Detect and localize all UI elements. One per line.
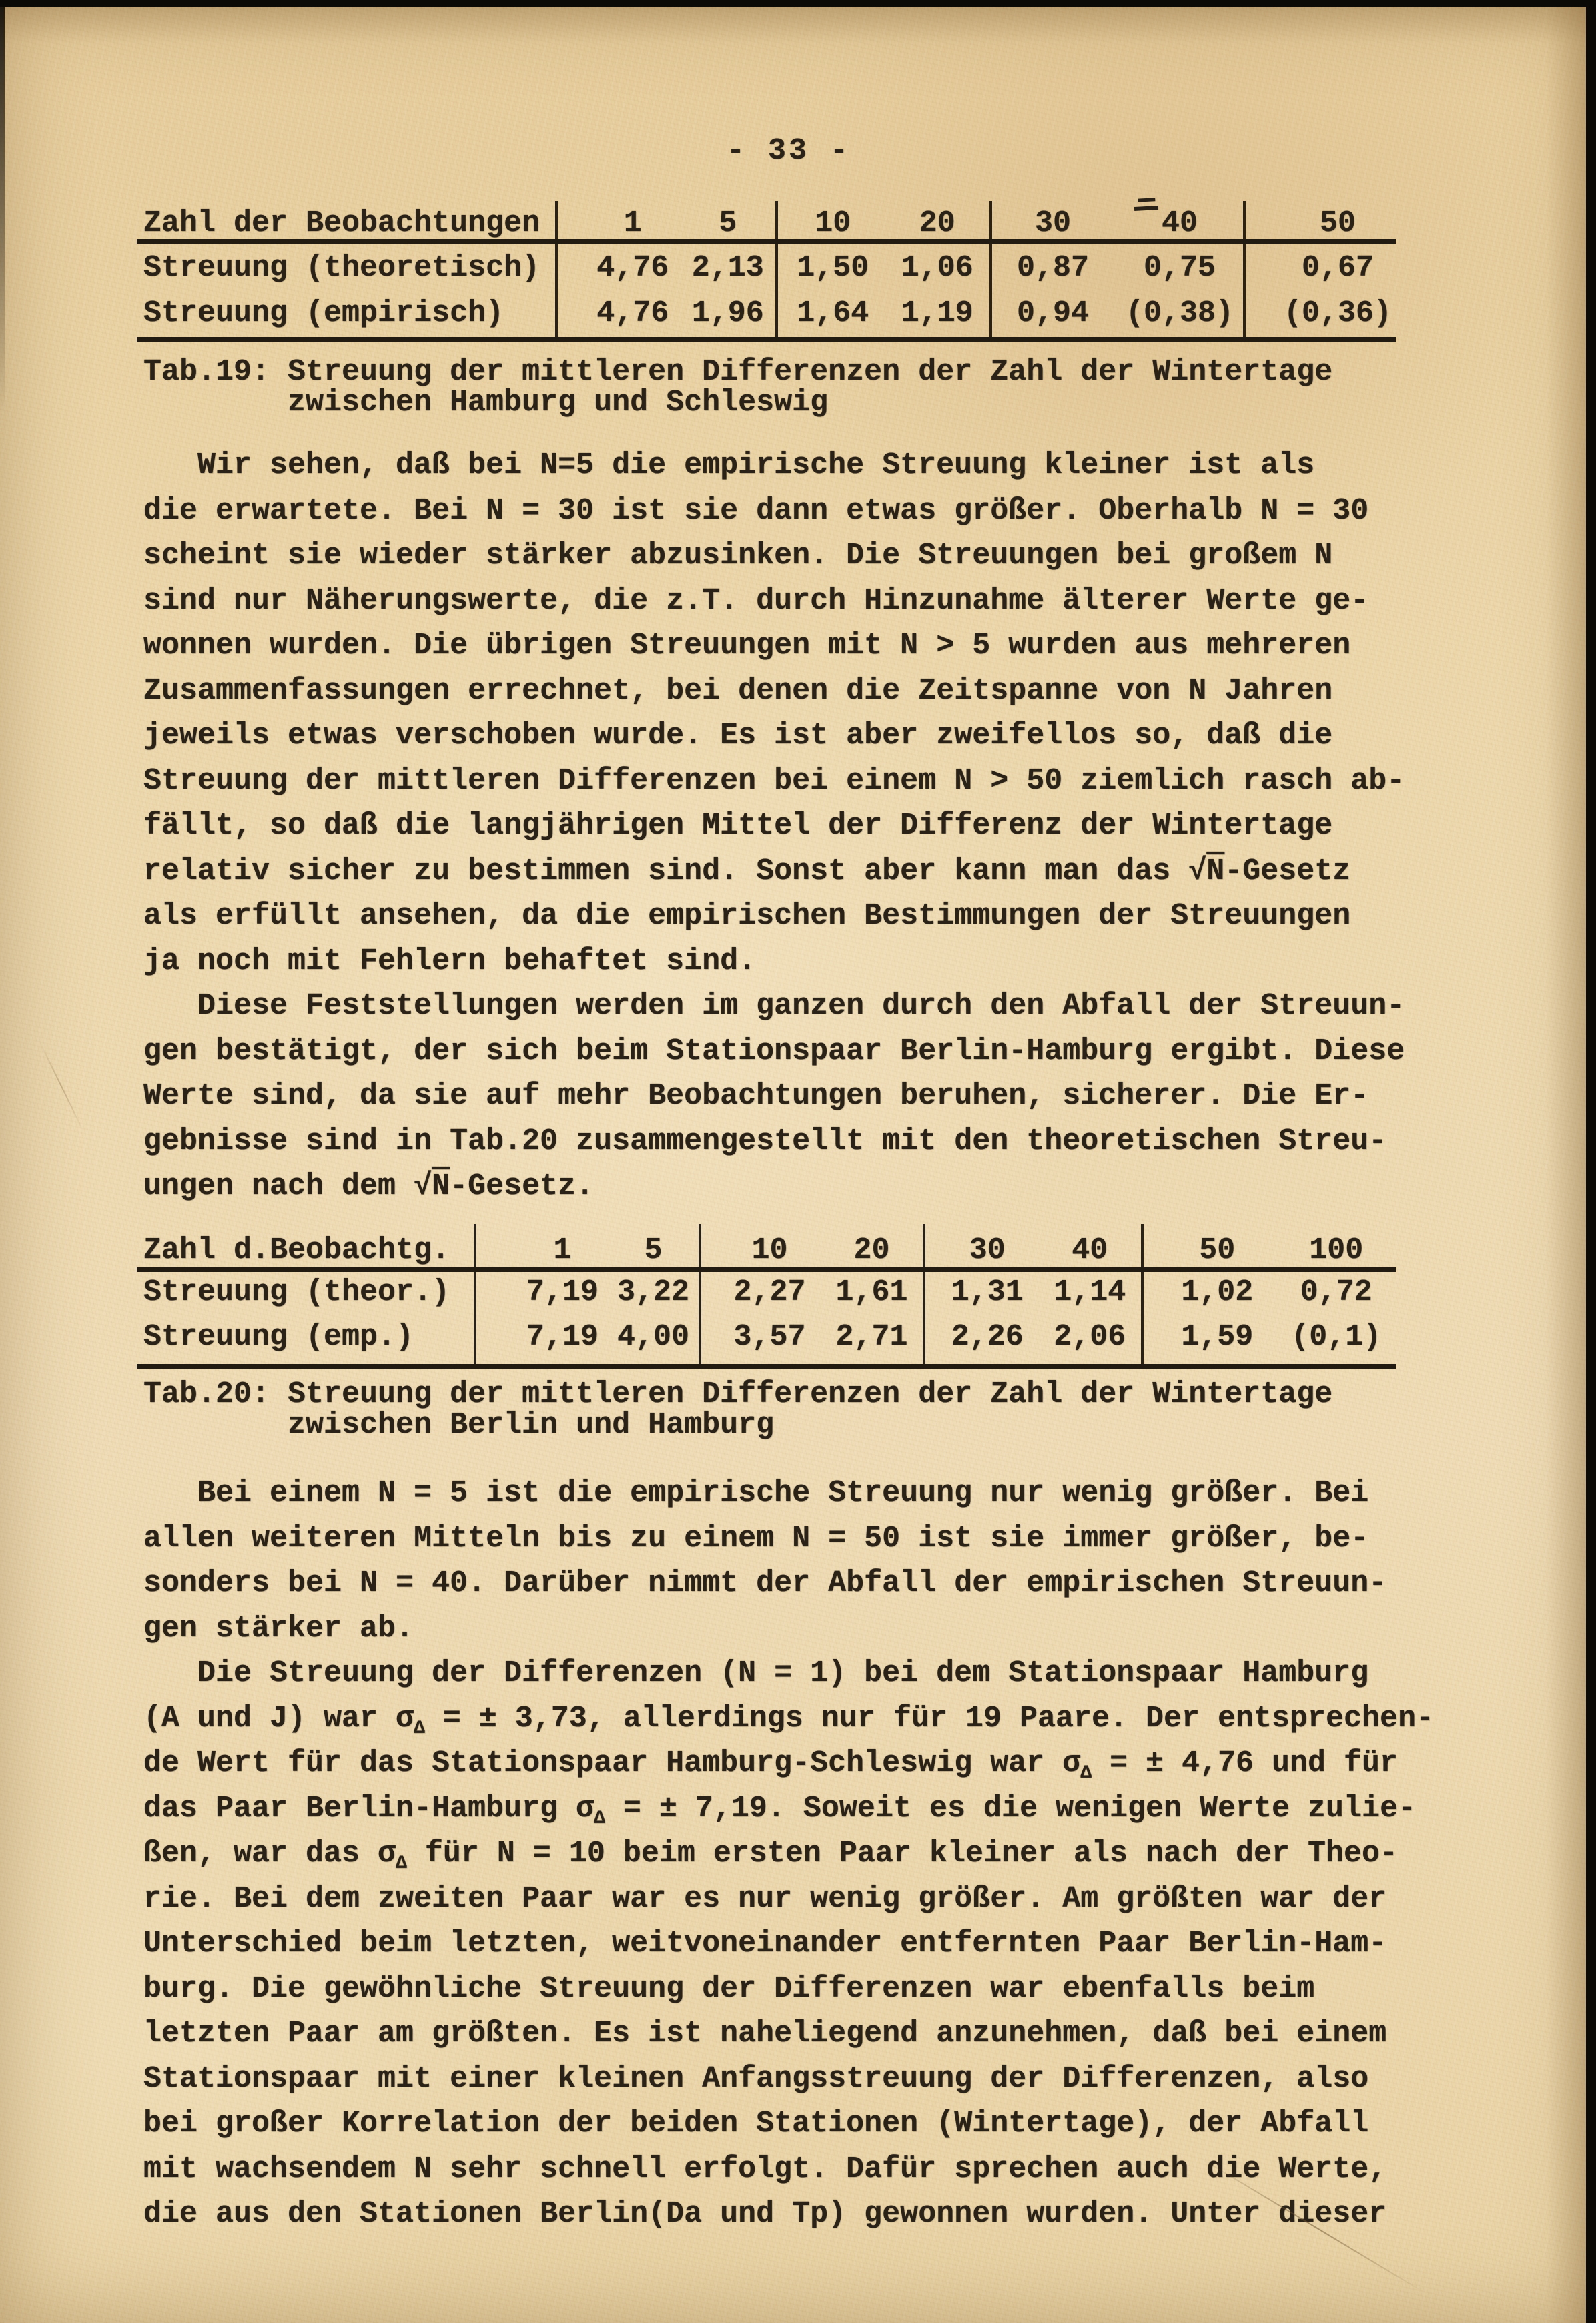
column-group: 1,59(0,1): [1141, 1322, 1396, 1353]
text-line: jeweils etwas verschoben wurde. Es ist a…: [143, 713, 1451, 759]
column-header-cell: 50: [1158, 1235, 1277, 1266]
value-cell: (0,36): [1280, 298, 1396, 329]
text-line: scheint sie wieder stärker abzusinken. D…: [143, 533, 1451, 579]
value-cell: 1,19: [885, 298, 990, 329]
text-line: relativ sicher zu bestimmen sind. Sonst …: [143, 849, 1451, 894]
text-line: Zusammenfassungen errechnet, bei denen d…: [143, 669, 1451, 714]
table-row: Streuung (empirisch)4,761,961,641,190,94…: [137, 298, 1396, 329]
column-group: 1,501,06: [775, 253, 989, 284]
text-line: Unterschied beim letzten, weitvoneinande…: [143, 1921, 1451, 1967]
text-line: gen bestätigt, der sich beim Stationspaa…: [143, 1029, 1451, 1074]
value-cell: 1,61: [821, 1277, 923, 1308]
text-line: gebnisse sind in Tab.20 zusammengestellt…: [143, 1119, 1451, 1165]
scan-border-right: [1586, 0, 1596, 2323]
value-cell: (0,1): [1277, 1322, 1396, 1353]
value-cell: 4,00: [608, 1322, 699, 1353]
table-19: Zahl der Beobachtungen151020304050Streuu…: [137, 201, 1396, 344]
value-cell: 1,50: [781, 253, 885, 284]
text-line: Wir sehen, daß bei N=5 die empirische St…: [143, 443, 1451, 488]
column-header-cell: 20: [885, 208, 990, 239]
column-header-cell: 30: [989, 208, 1116, 239]
column-header-cell: 20: [821, 1235, 923, 1266]
value-cell: 1,02: [1158, 1277, 1277, 1308]
value-cell: 0,94: [989, 298, 1116, 329]
column-header-cell: 100: [1277, 1235, 1396, 1266]
column-header-cell: 30: [936, 1235, 1039, 1266]
value-cell: 2,27: [719, 1277, 821, 1308]
text-line: sonders bei N = 40. Darüber nimmt der Ab…: [143, 1561, 1451, 1606]
text-line: allen weiteren Mitteln bis zu einem N = …: [143, 1516, 1451, 1562]
column-group: 15: [474, 1235, 699, 1266]
text-line: Werte sind, da sie auf mehr Beobachtunge…: [143, 1074, 1451, 1119]
table-20: Zahl d.Beobachtg.151020304050100Streuung…: [137, 1224, 1396, 1371]
column-header-cell: 10: [719, 1235, 821, 1266]
value-cell: 0,75: [1116, 253, 1243, 284]
text-line: Stationspaar mit einer kleinen Anfangsst…: [143, 2057, 1451, 2102]
caption-line: Tab.19: Streuung der mittleren Differenz…: [143, 357, 1332, 388]
text-line: die aus den Stationen Berlin(Da und Tp) …: [143, 2192, 1451, 2237]
column-group: 15: [555, 208, 775, 239]
table-19-caption: Tab.19: Streuung der mittleren Differenz…: [143, 357, 1332, 418]
scratch-mark-2: [39, 1041, 84, 1132]
caption-line: Tab.20: Streuung der mittleren Differenz…: [143, 1379, 1332, 1410]
row-label: Streuung (empirisch): [137, 298, 555, 329]
table-header-row: Zahl d.Beobachtg.151020304050100: [137, 1235, 1396, 1266]
text-line: ja noch mit Fehlern behaftet sind.: [143, 939, 1451, 984]
paper-shading-right: [1546, 0, 1586, 2323]
table-header-rule: [137, 1267, 1396, 1272]
column-header-label: Zahl d.Beobachtg.: [137, 1235, 474, 1266]
column-header-cell: 5: [608, 1235, 699, 1266]
column-group: 4,762,13: [555, 253, 775, 284]
caption-line: zwischen Hamburg und Schleswig: [288, 388, 1332, 418]
value-cell: 3,57: [719, 1322, 821, 1353]
value-cell: 7,19: [517, 1322, 608, 1353]
text-line: das Paar Berlin-Hamburg σΔ = ± 7,19. Sow…: [143, 1786, 1451, 1832]
column-header-cell: 40: [1039, 1235, 1142, 1266]
paper-shading-top: [0, 7, 1596, 43]
table-row: Streuung (theoretisch)4,762,131,501,060,…: [137, 253, 1396, 284]
column-header-label: Zahl der Beobachtungen: [137, 208, 555, 239]
column-group: 1,020,72: [1141, 1277, 1396, 1308]
page-number: - 33 -: [727, 135, 851, 168]
value-cell: 1,31: [936, 1277, 1039, 1308]
table-bottom-rule: [137, 1364, 1396, 1369]
column-group: 1,641,19: [775, 298, 989, 329]
value-cell: 2,71: [821, 1322, 923, 1353]
value-cell: 4,76: [585, 298, 681, 329]
value-cell: 2,26: [936, 1322, 1039, 1353]
value-cell: (0,38): [1116, 298, 1243, 329]
table-row: Streuung (emp.)7,194,003,572,712,262,061…: [137, 1322, 1396, 1353]
column-header-cell: 50: [1280, 208, 1396, 239]
value-cell: 1,96: [681, 298, 776, 329]
text-line: wonnen wurden. Die übrigen Streuungen mi…: [143, 623, 1451, 669]
value-cell: 1,64: [781, 298, 885, 329]
text-line: Bei einem N = 5 ist die empirische Streu…: [143, 1471, 1451, 1516]
text-line: burg. Die gewöhnliche Streuung der Diffe…: [143, 1967, 1451, 2012]
column-group: 3040: [923, 1235, 1141, 1266]
text-line: ßen, war das σΔ für N = 10 beim ersten P…: [143, 1831, 1451, 1877]
column-group: 7,194,00: [474, 1322, 699, 1353]
text-line: mit wachsendem N sehr schnell erfolgt. D…: [143, 2147, 1451, 2192]
value-cell: 4,76: [585, 253, 681, 284]
value-cell: 7,19: [517, 1277, 608, 1308]
text-line: die erwartete. Bei N = 30 ist sie dann e…: [143, 488, 1451, 534]
value-cell: 0,72: [1277, 1277, 1396, 1308]
column-group: 1020: [775, 208, 989, 239]
column-header-cell: 1: [517, 1235, 608, 1266]
text-line: bei großer Korrelation der beiden Statio…: [143, 2101, 1451, 2147]
table-header-row: Zahl der Beobachtungen151020304050: [137, 208, 1396, 239]
column-group: 2,271,61: [699, 1277, 923, 1308]
column-group: 4,761,96: [555, 298, 775, 329]
table-row: Streuung (theor.)7,193,222,271,611,311,1…: [137, 1277, 1396, 1308]
value-cell: 0,67: [1280, 253, 1396, 284]
column-header-cell: 40: [1116, 208, 1243, 239]
scanned-document-page: - 33 - Zahl der Beobachtungen15102030405…: [0, 0, 1596, 2323]
value-cell: 1,14: [1039, 1277, 1142, 1308]
text-line: fällt, so daß die langjährigen Mittel de…: [143, 803, 1451, 849]
text-line: (A und J) war σΔ = ± 3,73, allerdings nu…: [143, 1696, 1451, 1742]
column-group: 3,572,71: [699, 1322, 923, 1353]
text-line: Die Streuung der Differenzen (N = 1) bei…: [143, 1651, 1451, 1696]
text-line: rie. Bei dem zweiten Paar war es nur wen…: [143, 1877, 1451, 1922]
body-paragraphs-1-2: Wir sehen, daß bei N=5 die empirische St…: [143, 443, 1451, 1209]
text-line: sind nur Näherungswerte, die z.T. durch …: [143, 579, 1451, 624]
value-cell: 1,06: [885, 253, 990, 284]
caption-line: zwischen Berlin und Hamburg: [288, 1410, 1332, 1441]
text-line: de Wert für das Stationspaar Hamburg-Sch…: [143, 1741, 1451, 1786]
row-label: Streuung (emp.): [137, 1322, 474, 1353]
row-label: Streuung (theor.): [137, 1277, 474, 1308]
scan-border-left: [0, 0, 5, 414]
column-group: 50100: [1141, 1235, 1396, 1266]
value-cell: 2,13: [681, 253, 776, 284]
scan-border-top: [0, 0, 1596, 7]
text-line: ungen nach dem √N-Gesetz.: [143, 1164, 1451, 1209]
row-label: Streuung (theoretisch): [137, 253, 555, 284]
column-group: (0,36): [1243, 298, 1396, 329]
text-line: als erfüllt ansehen, da die empirischen …: [143, 894, 1451, 939]
text-line: gen stärker ab.: [143, 1606, 1451, 1652]
table-20-caption: Tab.20: Streuung der mittleren Differenz…: [143, 1379, 1332, 1441]
value-cell: 2,06: [1039, 1322, 1142, 1353]
body-paragraphs-3-4: Bei einem N = 5 ist die empirische Streu…: [143, 1471, 1451, 2237]
column-group: 7,193,22: [474, 1277, 699, 1308]
column-header-cell: 1: [585, 208, 681, 239]
column-group: 0,870,75: [989, 253, 1243, 284]
table-bottom-rule: [137, 337, 1396, 342]
value-cell: 1,59: [1158, 1322, 1277, 1353]
value-cell: 3,22: [608, 1277, 699, 1308]
column-group: 1,311,14: [923, 1277, 1141, 1308]
text-line: Streuung der mittleren Differenzen bei e…: [143, 759, 1451, 804]
column-header-cell: 10: [781, 208, 885, 239]
column-group: 0,67: [1243, 253, 1396, 284]
text-line: Diese Feststellungen werden im ganzen du…: [143, 984, 1451, 1029]
value-cell: 0,87: [989, 253, 1116, 284]
column-group: 1020: [699, 1235, 923, 1266]
column-group: 0,94(0,38): [989, 298, 1243, 329]
column-group: 2,262,06: [923, 1322, 1141, 1353]
column-group: 50: [1243, 208, 1396, 239]
column-header-cell: 5: [681, 208, 776, 239]
column-group: 3040: [989, 208, 1243, 239]
text-line: letzten Paar am größten. Es ist nahelieg…: [143, 2011, 1451, 2057]
